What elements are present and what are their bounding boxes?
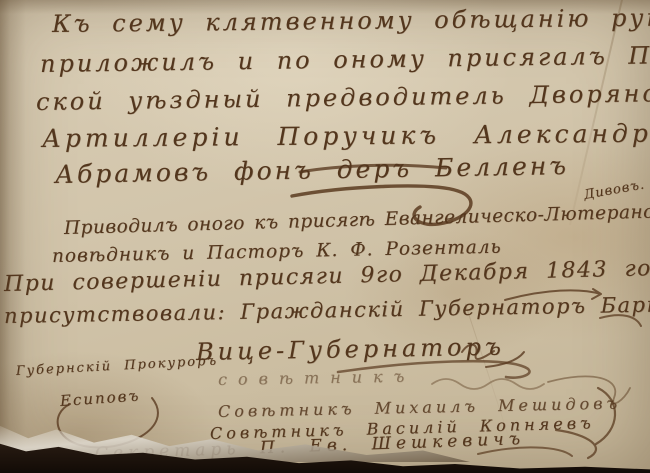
councillor-faint-line: совѣтникъ	[218, 367, 416, 389]
handwritten-line-4: Артиллеріи Поручикъ Александръ	[42, 118, 650, 153]
manuscript-photo: { "manuscript": { "paper_color": "#d2c5a…	[0, 0, 650, 473]
document-stage: Къ сему клятвенному обѣщанію руку прилож…	[0, 0, 650, 473]
right-flourish-2	[556, 430, 596, 458]
councillor-faint-signature	[432, 379, 544, 389]
vice-governor-title: Вице-Губернаторъ	[196, 333, 505, 366]
